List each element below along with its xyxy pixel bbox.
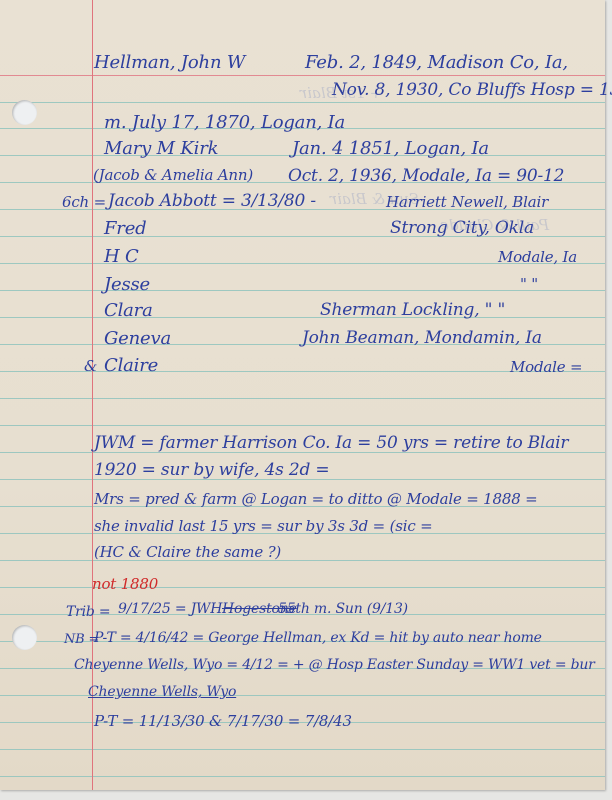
rule-line — [0, 560, 605, 561]
child-spouse-place: " " — [520, 275, 538, 293]
child-name: Clara — [104, 300, 153, 321]
spouse-death: Oct. 2, 1936, Modale, Ia = 90-12 — [288, 166, 564, 186]
rule-line — [0, 317, 605, 318]
rule-line — [0, 587, 605, 588]
note-line: she invalid last 15 yrs = sur by 3s 3d =… — [94, 517, 432, 535]
child-name: H C — [104, 246, 139, 267]
child-name: Jacob Abbott = 3/13/80 - — [108, 191, 316, 211]
binder-hole-top — [12, 100, 37, 125]
child-spouse-place: John Beaman, Mondamin, Ia — [302, 328, 542, 348]
entry-text: P-T = 11/13/30 & 7/17/30 = 7/8/43 — [94, 712, 352, 730]
child-spouse-place: Harriett Newell, Blair — [386, 193, 548, 211]
entry-text: Cheyenne Wells, Wyo = 4/12 = + @ Hosp Ea… — [74, 657, 595, 673]
child-name: Claire — [104, 355, 158, 376]
child-name: Jesse — [104, 274, 150, 295]
entry-suffix: 55th m. Sun (9/13) — [278, 601, 408, 617]
child-spouse-place: Modale = — [510, 358, 582, 376]
rule-line — [0, 776, 605, 777]
red-annotation: not 1880 — [92, 575, 158, 593]
binder-hole-bottom — [12, 625, 37, 650]
child-spouse-place: Strong City, Okla — [390, 218, 534, 238]
top-red-rule — [0, 75, 605, 76]
death-info: Nov. 8, 1930, Co Bluffs Hosp = 1390-12 — [332, 80, 612, 100]
rule-line — [0, 425, 605, 426]
note-line: (HC & Claire the same ?) — [94, 543, 281, 561]
note-line: 1920 = sur by wife, 4s 2d = — [94, 460, 329, 480]
spouse-name: Mary M Kirk — [104, 138, 218, 159]
children-label: 6ch = — [62, 193, 106, 211]
child-spouse-place: Modale, Ia — [498, 248, 577, 266]
entry-text: P-T = 4/16/42 = George Hellman, ex Kd = … — [94, 630, 542, 646]
child-name: Geneva — [104, 328, 171, 349]
rule-line — [0, 749, 605, 750]
subject-name: Hellman, John W — [94, 52, 245, 73]
rule-line — [0, 290, 605, 291]
spouse-birth: Jan. 4 1851, Logan, Ia — [292, 138, 489, 159]
note-line: Mrs = pred & farm @ Logan = to ditto @ M… — [94, 490, 537, 508]
child-prefix: & — [84, 357, 97, 375]
child-spouse-place: Sherman Lockling, " " — [320, 300, 505, 320]
birth-info: Feb. 2, 1849, Madison Co, Ia, — [305, 52, 568, 73]
entry-prefix: Trib = — [66, 604, 110, 620]
child-name: Fred — [104, 218, 146, 239]
entry-text: 9/17/25 = JWH — [118, 601, 222, 617]
spouse-parents: (Jacob & Amelia Ann) — [93, 166, 253, 184]
notebook-page: + 1st Blair Sun & Blair Paul & Claude He… — [0, 0, 605, 790]
rule-line — [0, 398, 605, 399]
rule-line — [0, 102, 605, 103]
entry-text: Cheyenne Wells, Wyo — [88, 684, 236, 700]
note-line: JWM = farmer Harrison Co. Ia = 50 yrs = … — [94, 433, 568, 453]
marriage-line: m. July 17, 1870, Logan, Ia — [104, 112, 345, 133]
